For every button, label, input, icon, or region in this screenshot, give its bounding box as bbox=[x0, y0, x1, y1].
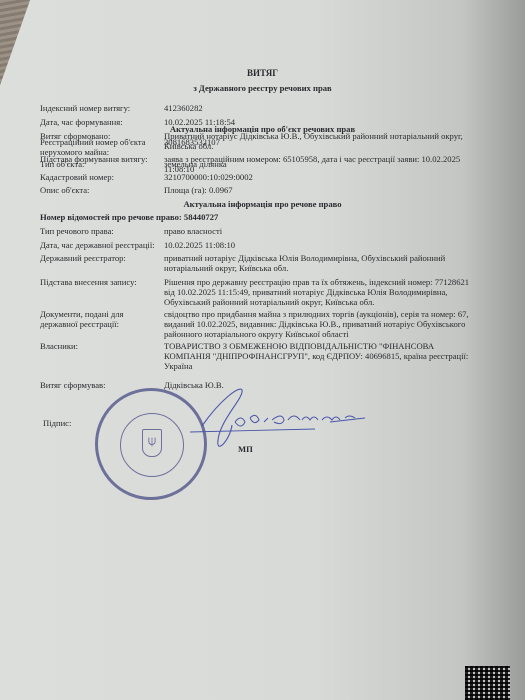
field-value: земельна ділянка bbox=[164, 159, 464, 169]
field-label: Власники: bbox=[40, 341, 160, 351]
field-label: Тип об'єкта: bbox=[40, 159, 160, 169]
field-value: Рішення про державну реєстрацію прав та … bbox=[164, 277, 474, 307]
seal-place-label: МП bbox=[238, 444, 253, 454]
right-section-heading: Актуальна інформація про речове право bbox=[0, 199, 525, 209]
signature bbox=[180, 380, 370, 460]
field-value: право власності bbox=[164, 226, 464, 236]
right-record-number: Номер відомостей про речове право: 58440… bbox=[40, 212, 218, 222]
field-label: Опис об'єкта: bbox=[40, 185, 160, 195]
field-value: 412360282 bbox=[164, 103, 464, 113]
field-value: ТОВАРИСТВО З ОБМЕЖЕНОЮ ВІДПОВІДАЛЬНІСТЮ … bbox=[164, 341, 474, 371]
coat-of-arms-icon: ⍦ bbox=[142, 429, 162, 457]
field-label: Підстава внесення запису: bbox=[40, 277, 160, 287]
field-value: 3210700000:10:029:0002 bbox=[164, 172, 464, 182]
document-title: ВИТЯГ bbox=[0, 68, 525, 78]
field-label: Індексний номер витягу: bbox=[40, 103, 160, 113]
field-label: Кадастровий номер: bbox=[40, 172, 160, 182]
field-label: Документи, подані для державної реєстрац… bbox=[40, 309, 150, 329]
field-label: Дата, час державної реєстрації: bbox=[40, 240, 165, 250]
object-section-heading: Актуальна інформація про об'єкт речових … bbox=[0, 124, 525, 134]
field-label: Тип речового права: bbox=[40, 226, 160, 236]
document-page: ВИТЯГ з Державного реєстру речових прав … bbox=[0, 0, 525, 700]
field-label: Реєстраційний номер об'єкта нерухомого м… bbox=[40, 137, 158, 157]
signature-label: Підпис: bbox=[43, 418, 71, 428]
field-value: 3081683532107 bbox=[164, 137, 464, 147]
field-value: приватний нотаріус Дідківська Юлія Волод… bbox=[164, 253, 464, 273]
field-value: 10.02.2025 11:08:10 bbox=[164, 240, 464, 250]
field-value: свідоцтво про придбання майна з прилюдни… bbox=[164, 309, 474, 339]
qr-code bbox=[465, 666, 510, 700]
document-subtitle: з Державного реєстру речових прав bbox=[0, 83, 525, 93]
field-value: Площа (га): 0.0967 bbox=[164, 185, 464, 195]
field-label: Державний реєстратор: bbox=[40, 253, 160, 263]
